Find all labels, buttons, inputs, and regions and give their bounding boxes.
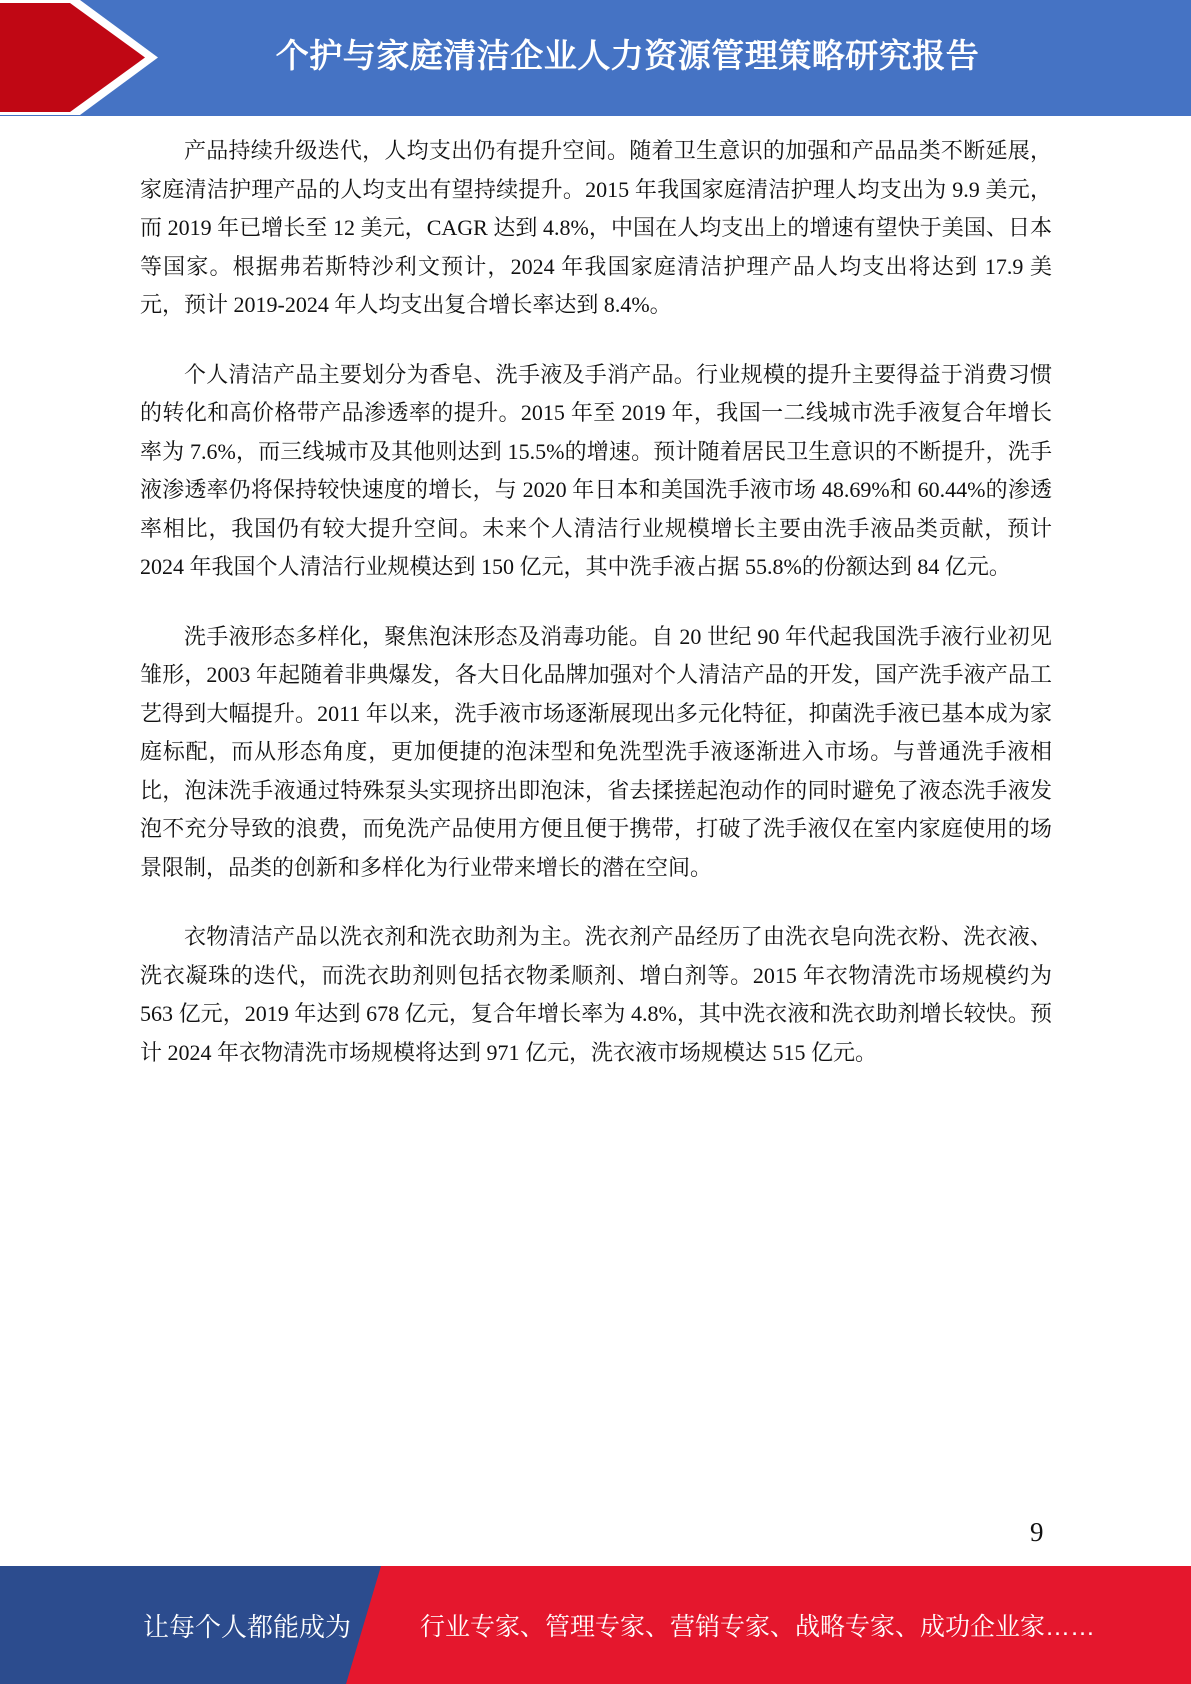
page-number: 9 [1030,1517,1044,1548]
paragraph-hand-sanitizer-forms: 洗手液形态多样化，聚焦泡沫形态及消毒功能。自 20 世纪 90 年代起我国洗手液… [140,618,1052,888]
footer-slogan-left: 让每个人都能成为 [143,1566,351,1684]
paragraph-personal-cleaning: 个人清洁产品主要划分为香皂、洗手液及手消产品。行业规模的提升主要得益于消费习惯的… [140,356,1052,587]
footer-slogan-right: 行业专家、管理专家、营销专家、战略专家、成功企业家…… [420,1566,1095,1684]
page-footer: 让每个人都能成为 行业专家、管理专家、营销专家、战略专家、成功企业家…… [0,1566,1191,1684]
paragraph-household-spend: 产品持续升级迭代，人均支出仍有提升空间。随着卫生意识的加强和产品品类不断延展，家… [140,132,1052,325]
report-page: 个护与家庭清洁企业人力资源管理策略研究报告 产品持续升级迭代，人均支出仍有提升空… [0,0,1191,1684]
page-header: 个护与家庭清洁企业人力资源管理策略研究报告 [0,0,1191,116]
page-title: 个护与家庭清洁企业人力资源管理策略研究报告 [64,0,1191,116]
body-content: 产品持续升级迭代，人均支出仍有提升空间。随着卫生意识的加强和产品品类不断延展，家… [140,132,1052,1072]
paragraph-laundry-products: 衣物清洁产品以洗衣剂和洗衣助剂为主。洗衣剂产品经历了由洗衣皂向洗衣粉、洗衣液、洗… [140,918,1052,1072]
